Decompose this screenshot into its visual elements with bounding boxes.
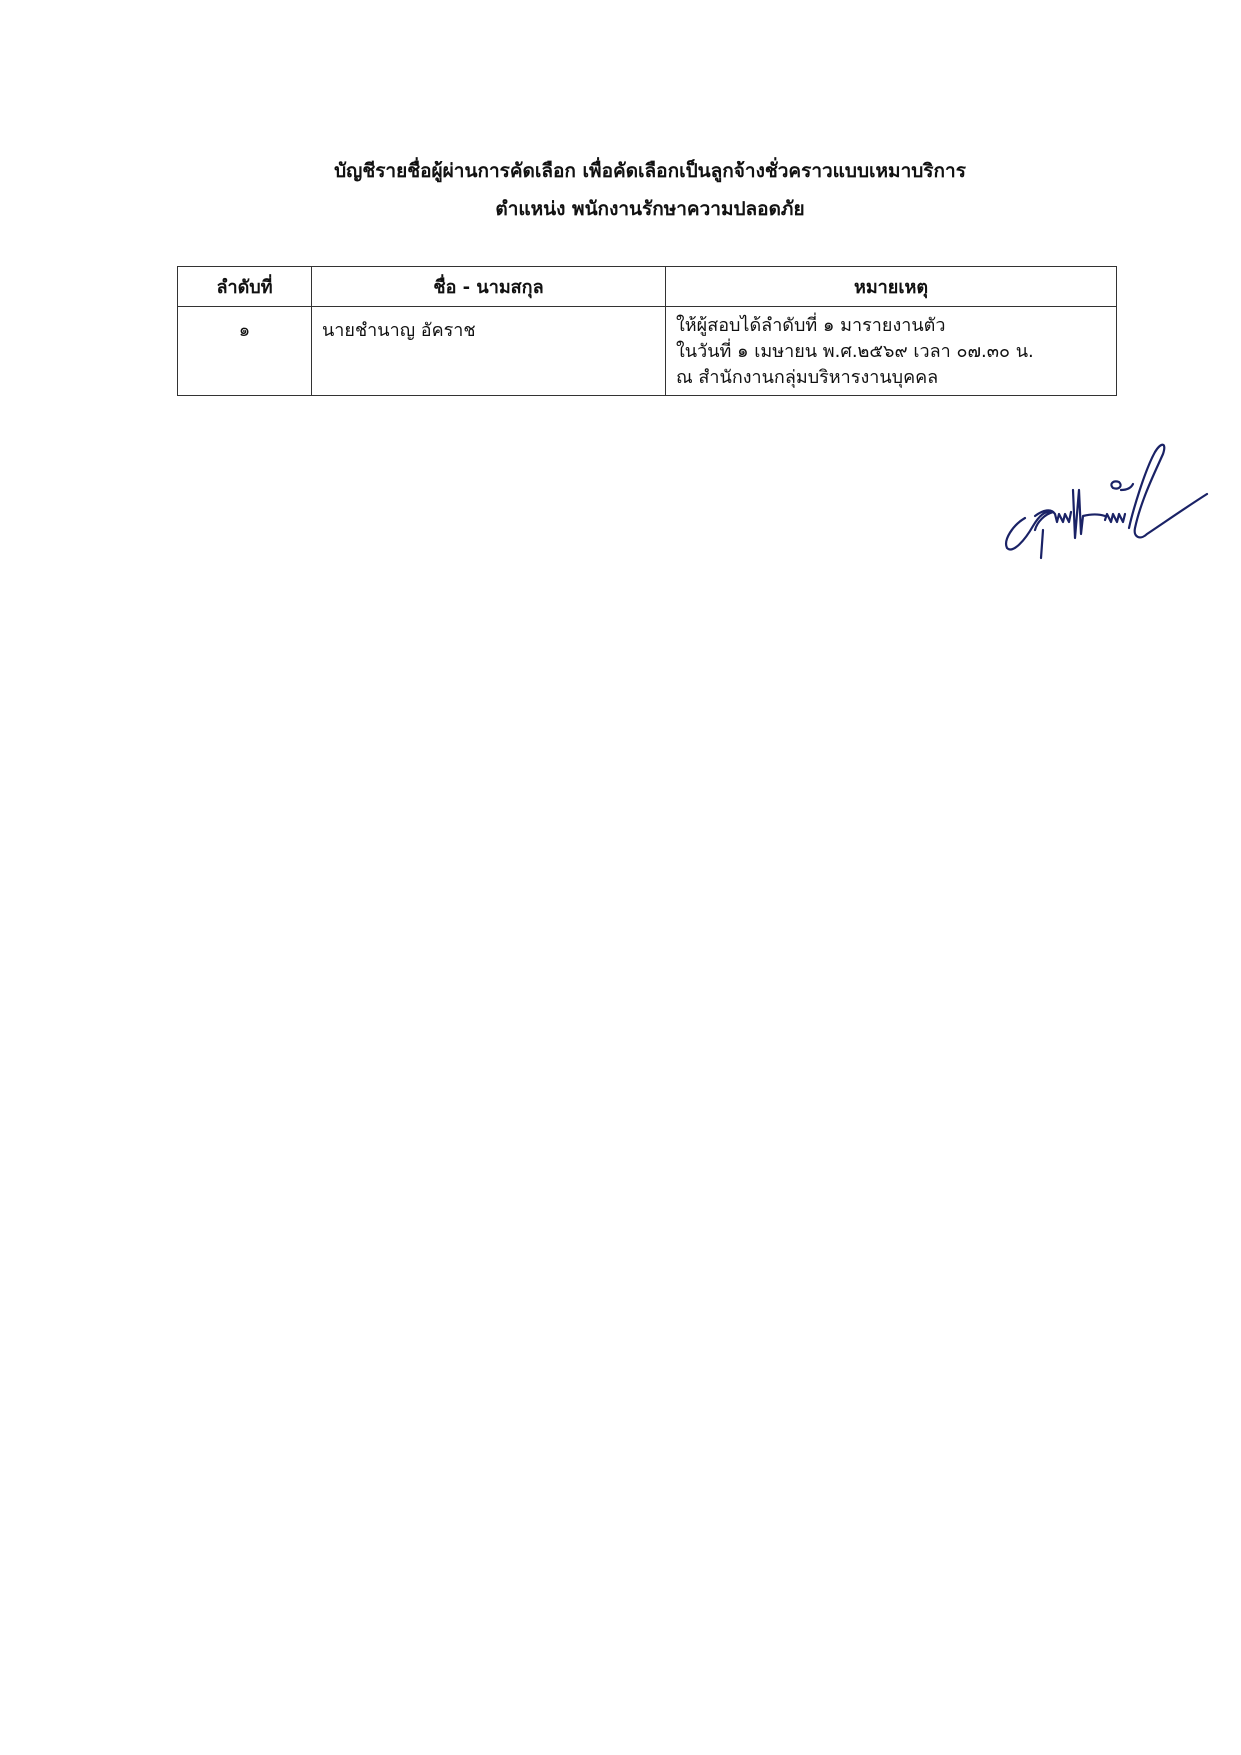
position-title: ตำแหน่ง พนักงานรักษาความปลอดภัย: [0, 194, 1241, 224]
table-row: ๑ นายชำนาญ อัคราช ให้ผู้สอบได้ลำดับที่ ๑…: [178, 307, 1117, 396]
cell-name: นายชำนาญ อัคราช: [312, 307, 666, 396]
candidate-table: ลำดับที่ ชื่อ - นามสกุล หมายเหตุ ๑ นายชำ…: [177, 266, 1117, 396]
header-name: ชื่อ - นามสกุล: [312, 267, 666, 307]
remark-line: ให้ผู้สอบได้ลำดับที่ ๑ มารายงานตัว: [676, 313, 1106, 339]
remark-line: ในวันที่ ๑ เมษายน พ.ศ.๒๕๖๙ เวลา ๐๗.๓๐ น.: [676, 339, 1106, 365]
header-remarks: หมายเหตุ: [666, 267, 1117, 307]
remark-line: ณ สำนักงานกลุ่มบริหารงานบุคคล: [676, 365, 1106, 391]
header-order: ลำดับที่: [178, 267, 312, 307]
cell-order: ๑: [178, 307, 312, 396]
table-header-row: ลำดับที่ ชื่อ - นามสกุล หมายเหตุ: [178, 267, 1117, 307]
cell-remarks: ให้ผู้สอบได้ลำดับที่ ๑ มารายงานตัว ในวัน…: [666, 307, 1117, 396]
signature-icon: [995, 430, 1215, 560]
document-title: บัญชีรายชื่อผู้ผ่านการคัดเลือก เพื่อคัดเ…: [0, 156, 1241, 186]
